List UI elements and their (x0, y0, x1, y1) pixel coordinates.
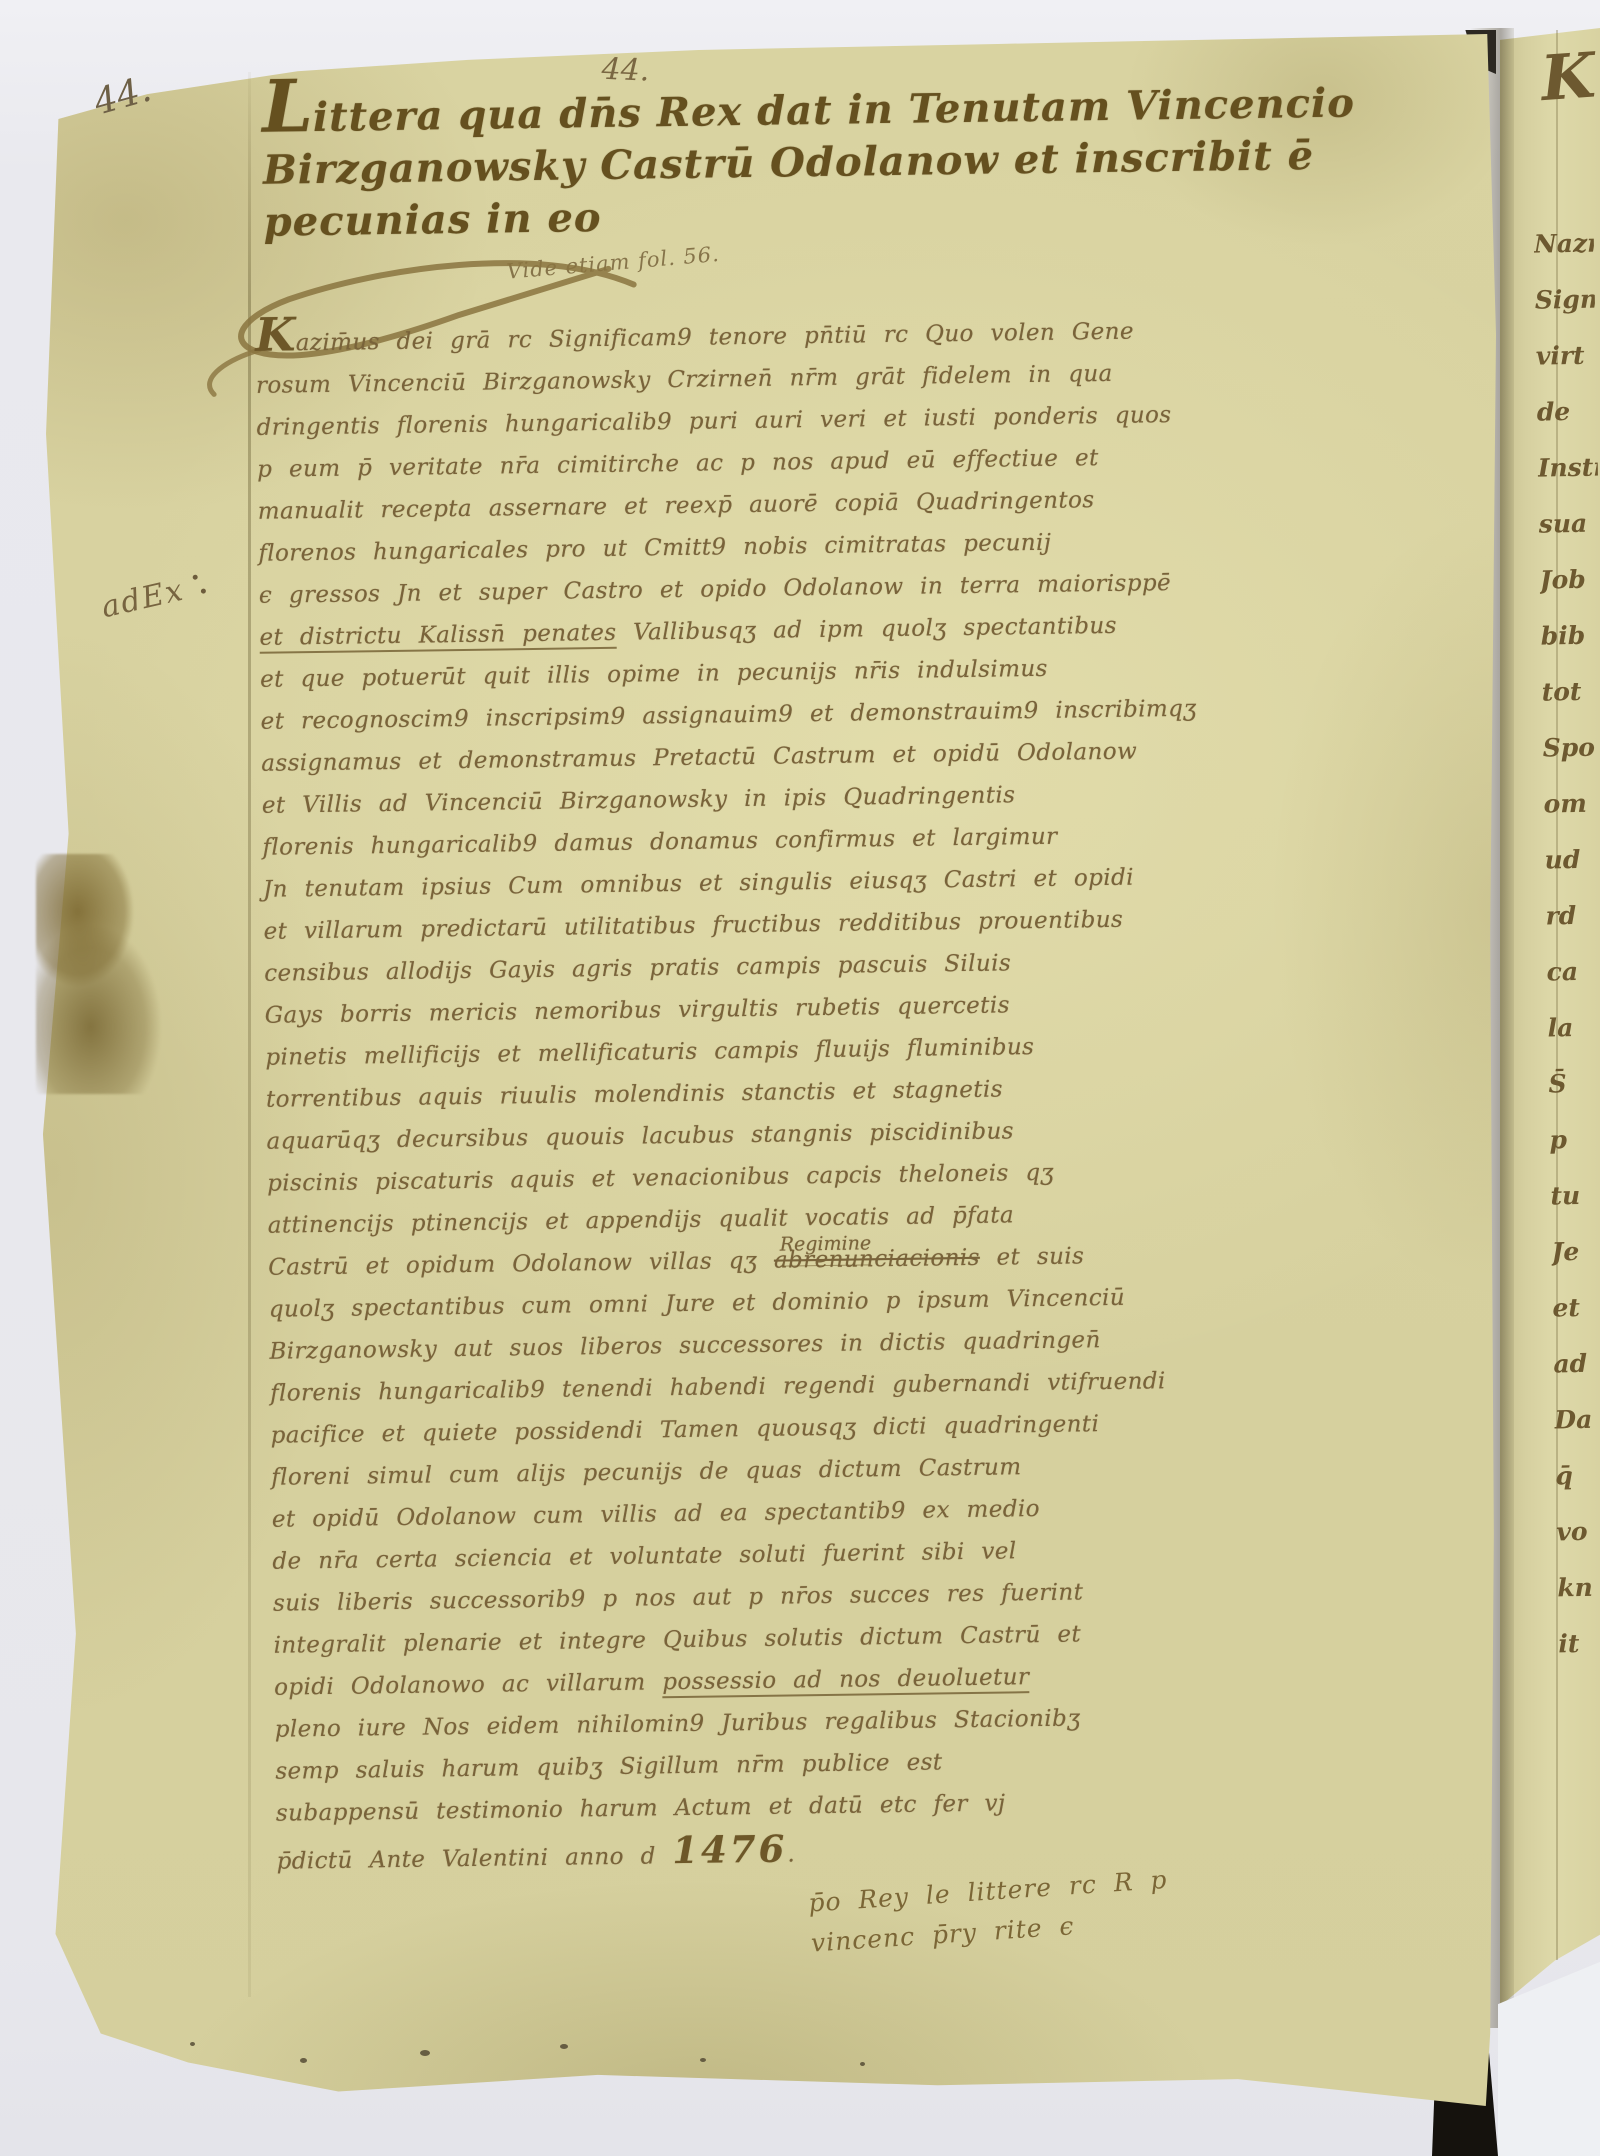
correction: abrenunciacionisRegimine (774, 1245, 980, 1274)
body-line-text: de nr̄a certa sciencia et voluntate solu… (272, 1538, 1016, 1574)
heading-line1: ittera qua dn̄s Rex dat in Tenutam Vince… (313, 79, 1356, 141)
fragment: S̄ (1548, 1055, 1600, 1112)
body-line-text: piscinis piscaturis aquis et venacionibu… (267, 1160, 1054, 1197)
body-line-text: et opidū Odolanow cum villis ad ea spect… (272, 1496, 1040, 1533)
body-line-text: attinencijs ptinencijs et appendijs qual… (268, 1202, 1015, 1238)
fragment: de (1536, 384, 1597, 441)
next-page-initial: K (1539, 38, 1600, 172)
fragment: Da (1554, 1391, 1600, 1448)
folio-number-center: 44. (601, 52, 650, 89)
body-initial: K (255, 307, 296, 362)
fragment: virt (1535, 328, 1596, 385)
body-line-text: є gressos Jn et super Castro et opido Od… (259, 570, 1171, 609)
fragment: Sigm (1534, 272, 1595, 329)
fragment: Spo (1542, 720, 1600, 777)
body-line-text: florenos hungaricales pro ut Cmitt9 nobi… (258, 530, 1051, 567)
fragment: it (1558, 1615, 1600, 1672)
body-line-text: azim̄us dei grā rc Significam9 tenore pn… (296, 319, 1134, 357)
body-line-text: manualit recepta assernare et reexp̄ auo… (258, 487, 1095, 525)
rubric-heading: Littera qua dn̄s Rex dat in Tenutam Vinc… (262, 75, 1444, 248)
body-line-text: pinetis mellificijs et mellificaturis ca… (265, 1034, 1034, 1071)
fragment: p (1549, 1111, 1600, 1168)
body-line-text: Vallibusqʒ ad ipm quolʒ spectantibus (616, 613, 1117, 646)
ink-layer: 44. 44. Littera qua dn̄s Rex dat in Tenu… (35, 17, 1522, 2109)
fragment: bib (1540, 608, 1600, 665)
underlined-text: et districtu Kalissn̄ penates (259, 620, 616, 654)
fragment: q̄ (1555, 1447, 1600, 1504)
body-line-text: Gays borris mericis nemoribus virgultis … (265, 992, 1010, 1028)
underlined-text: possessio ad nos deuoluetur (662, 1664, 1029, 1698)
body-line-text: . (787, 1841, 795, 1867)
fragment: vo (1556, 1503, 1600, 1560)
body-line-text: rosum Vincenciū Birzganowsky Crzirnen̄ n… (256, 361, 1113, 399)
fragment: Job (1539, 552, 1600, 609)
margin-dot (201, 589, 206, 594)
fragment: ad (1553, 1335, 1600, 1392)
fragment: Nazr (1533, 216, 1594, 273)
body-line-text: suis liberis successorib9 p nos aut p nr… (273, 1579, 1084, 1616)
folio-number-left: 44. (89, 69, 155, 124)
fragment: la (1547, 999, 1600, 1056)
body-line-text: p̄dictū Ante Valentini anno d (276, 1843, 672, 1875)
body-line-text: assignamus et demonstramus Pretactū Cast… (261, 739, 1137, 777)
body-line-text: et villarum predictarū utilitatibus fruc… (263, 907, 1123, 945)
fragment: Je (1551, 1223, 1600, 1280)
body-line-text: quolʒ spectantibus cum omni Jure et domi… (269, 1285, 1125, 1323)
body-line-text: aquarūqʒ decursibus quouis lacubus stang… (266, 1118, 1014, 1154)
body-line-text: dringentis florenis hungaricalib9 puri a… (256, 402, 1171, 441)
inserted-word: Regimine (779, 1222, 871, 1266)
body-text: Kazim̄us dei grā rc Significam9 tenore p… (255, 300, 1297, 1883)
heading-initial: L (262, 63, 314, 149)
margin-dot (193, 575, 198, 580)
fragment: sua (1538, 496, 1599, 553)
fragment: Instr (1537, 440, 1598, 497)
body-line-text: floreni simul cum alijs pecunijs de quas… (271, 1454, 1022, 1490)
margin-note: adEx (98, 573, 188, 626)
body-line-text: semp saluis harum quibʒ Sigillum nr̄m pu… (275, 1749, 942, 1784)
body-line-text: integralit plenarie et integre Quibus so… (273, 1621, 1081, 1658)
body-line-text: Castrū et opidum Odolanow villas qʒ (268, 1248, 774, 1281)
year-figure: 1476 (672, 1827, 788, 1873)
body-line-text: et suis (980, 1243, 1085, 1270)
fragment: rd (1545, 887, 1600, 944)
body-line-text: p eum p̄ veritate nr̄a cimitirche ac p n… (257, 445, 1099, 483)
body-line-text: pacifice et quiete possidendi Tamen quou… (270, 1411, 1099, 1449)
fragment: om (1543, 776, 1600, 833)
body-line-text: et Villis ad Vincenciū Birzganowsky in i… (262, 782, 1016, 819)
body-line-text: Birzganowsky aut suos liberos successore… (269, 1327, 1101, 1365)
fragment: et (1552, 1279, 1600, 1336)
body-line-text: et que potuerūt quit illis opime in pecu… (260, 656, 1048, 693)
body-line-text: opidi Odolanowo ac villarum (274, 1669, 662, 1700)
body-line-text: et recognoscim9 inscripsim9 assignauim9 … (261, 696, 1197, 735)
fragment: tot (1541, 664, 1600, 721)
body-line-text: subappensū testimonio harum Actum et dat… (276, 1790, 1006, 1826)
body-line-text: censibus allodijs Gayis agris pratis cam… (264, 950, 1011, 986)
fragment: tu (1550, 1167, 1600, 1224)
body-line-text: torrentibus aquis riuulis molendinis sta… (266, 1076, 1003, 1112)
fragment: ud (1544, 832, 1600, 889)
fragment: kn (1557, 1559, 1600, 1616)
chancery-subscription: p̄o Rey le littere rc R p vincenc p̄ry r… (807, 1860, 1171, 1964)
body-line-text: florenis hungaricalib9 damus donamus con… (262, 824, 1057, 861)
fragment: ca (1546, 943, 1600, 1000)
body-line-text: Jn tenutam ipsius Cum omnibus et singuli… (263, 865, 1134, 903)
body-line-text: florenis hungaricalib9 tenendi habendi r… (270, 1368, 1166, 1407)
body-line-text: pleno iure Nos eidem nihilomin9 Juribus … (275, 1705, 1081, 1742)
